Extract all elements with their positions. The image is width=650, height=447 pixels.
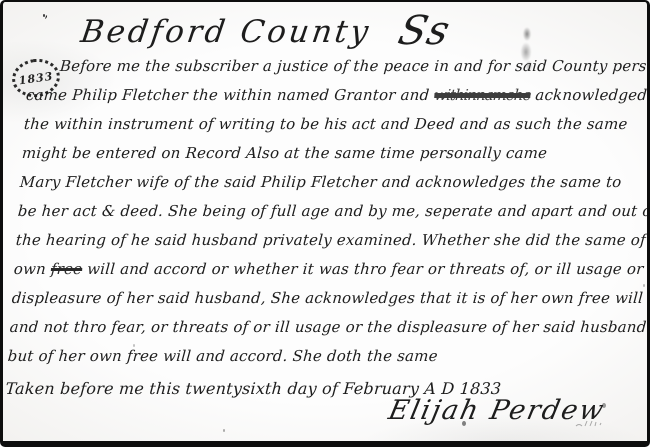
document-body: Before me the subscriber a justice of th… <box>4 52 637 403</box>
text-line: own free will and accord or whether it w… <box>13 255 623 284</box>
text-line: might be entered on Record Also at the s… <box>21 139 631 168</box>
bleedthrough-mark <box>575 419 609 429</box>
text-segment: Mary Fletcher wife of the said Philip Fl… <box>19 173 622 191</box>
text-line: Mary Fletcher wife of the said Philip Fl… <box>19 168 629 197</box>
text-line: but of her own free will and accord. She… <box>7 342 617 371</box>
scanned-document: ’ Bedford County Ss 1833 Before me the s… <box>0 0 650 447</box>
text-line: displeasure of her said husband, She ack… <box>11 284 621 313</box>
text-segment: the hearing of he said husband privately… <box>15 231 650 249</box>
text-segment: might be entered on Record Also at the s… <box>21 144 548 162</box>
text-segment: displeasure of her said husband, She ack… <box>11 289 644 307</box>
county-title: Bedford County <box>78 14 373 50</box>
ink-speck: ’ <box>44 14 48 29</box>
text-segment: Before me the subscriber a justice of th… <box>59 57 650 75</box>
text-segment: but of her own free will and accord. She… <box>7 347 438 365</box>
text-line: the within instrument of writing to be h… <box>23 110 633 139</box>
text-segment: the within instrument of writing to be h… <box>23 115 628 133</box>
text-line: and not thro fear, or threats of or ill … <box>9 313 619 342</box>
text-segment: acknowledged <box>530 86 648 104</box>
text-line: came Philip Fletcher the within named Gr… <box>25 81 635 110</box>
body-lines: Before me the subscriber a justice of th… <box>7 52 637 371</box>
text-line: the hearing of he said husband privately… <box>15 226 625 255</box>
text-line: be her act & deed. She being of full age… <box>17 197 627 226</box>
strikethrough-text: free <box>50 260 83 278</box>
text-segment: be her act & deed. She being of full age… <box>17 202 650 220</box>
text-segment: own <box>13 260 51 278</box>
text-segment: and not thro fear, or threats of or ill … <box>9 318 647 336</box>
document-header: Bedford County Ss <box>81 6 450 52</box>
scilicet-mark: Ss <box>394 8 455 54</box>
strikethrough-text: withinnamehe <box>434 86 531 104</box>
text-line: Before me the subscriber a justice of th… <box>27 52 637 81</box>
text-segment: will and accord or whether it was thro f… <box>82 260 650 278</box>
text-segment: came Philip Fletcher the within named Gr… <box>25 86 435 104</box>
